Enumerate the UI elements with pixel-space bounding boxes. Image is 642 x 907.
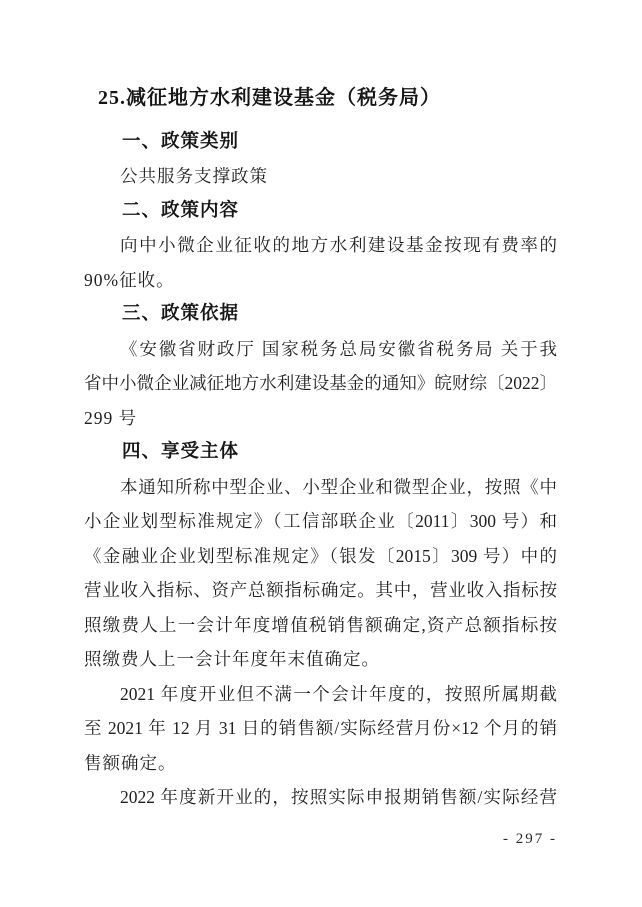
body-text-line: 90%征收。 bbox=[84, 263, 557, 298]
body-text-line: 公共服务支撑政策 bbox=[84, 159, 557, 194]
document-title: 25.减征地方水利建设基金（税务局） bbox=[98, 81, 557, 116]
page-number: - 297 - bbox=[503, 829, 557, 849]
body-text-line: 向中小微企业征收的地方水利建设基金按现有费率的 bbox=[84, 228, 557, 263]
body-text-line: 299 号 bbox=[84, 401, 557, 436]
body-text-line: 至 2021 年 12 月 31 日的销售额/实际经营月份×12 个月的销 bbox=[84, 711, 557, 746]
body-text-line: 营业收入指标、资产总额指标确定。其中，营业收入指标按 bbox=[84, 573, 557, 608]
body-text-line: 小企业划型标准规定》（工信部联企业〔2011〕300 号）和 bbox=[84, 504, 557, 539]
body-text-line: 2022 年度新开业的，按照实际申报期销售额/实际经营 bbox=[84, 780, 557, 815]
document-body: 25.减征地方水利建设基金（税务局） 一、政策类别 公共服务支撑政策 二、政策内… bbox=[84, 81, 557, 815]
body-text-line: 本通知所称中型企业、小型企业和微型企业，按照《中 bbox=[84, 470, 557, 505]
document-page: 25.减征地方水利建设基金（税务局） 一、政策类别 公共服务支撑政策 二、政策内… bbox=[0, 0, 642, 907]
body-text-line: 《安徽省财政厅 国家税务总局安徽省税务局 关于我 bbox=[84, 332, 557, 367]
section-heading-policy-basis: 三、政策依据 bbox=[84, 297, 557, 332]
section-heading-beneficiary: 四、享受主体 bbox=[84, 435, 557, 470]
body-text-line: 售额确定。 bbox=[84, 746, 557, 781]
body-text-line: 2021 年度开业但不满一个会计年度的，按照所属期截 bbox=[84, 677, 557, 712]
section-heading-policy-category: 一、政策类别 bbox=[84, 125, 557, 160]
body-text-line: 《金融业企业划型标准规定》（银发〔2015〕309 号）中的 bbox=[84, 539, 557, 574]
section-heading-policy-content: 二、政策内容 bbox=[84, 194, 557, 229]
body-text-line: 省中小微企业减征地方水利建设基金的通知》皖财综〔2022〕 bbox=[84, 366, 557, 401]
body-text-line: 照缴费人上一会计年度年末值确定。 bbox=[84, 642, 557, 677]
body-text-line: 照缴费人上一会计年度增值税销售额确定,资产总额指标按 bbox=[84, 608, 557, 643]
